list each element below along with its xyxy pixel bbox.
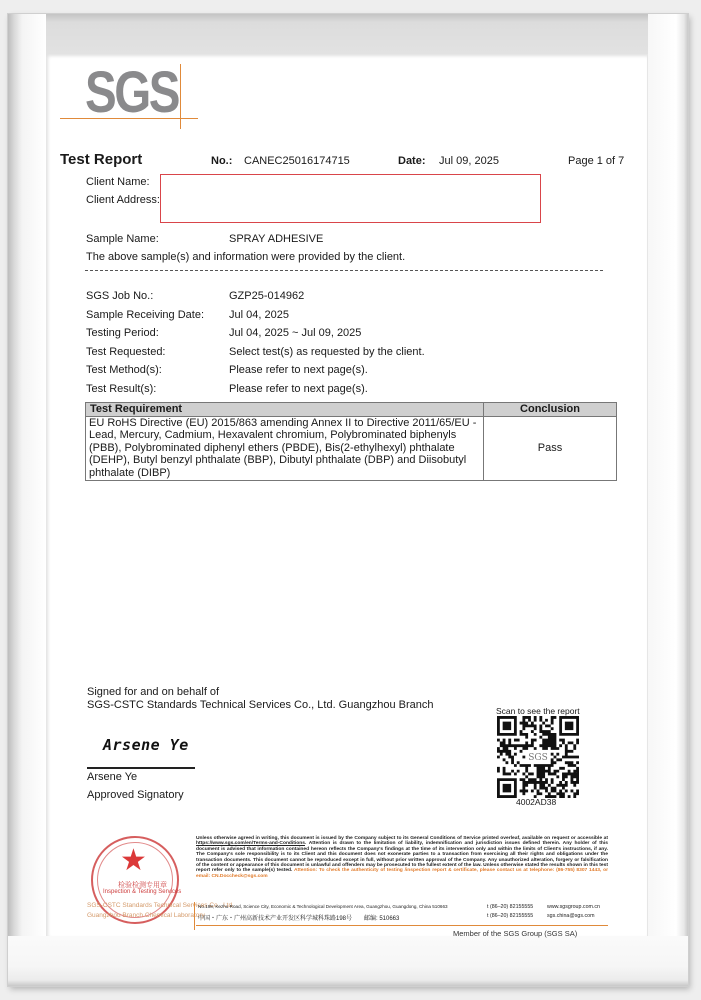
signature-line [87, 767, 195, 769]
signing-company: SGS-CSTC Standards Technical Services Co… [87, 699, 433, 711]
results-table: Test Requirement Conclusion EU RoHS Dire… [85, 402, 617, 481]
detail-label: Test Method(s): [86, 364, 162, 376]
page-indicator: Page 1 of 7 [568, 155, 624, 167]
sample-name-label: Sample Name: [86, 233, 159, 245]
requirement-cell: EU RoHS Directive (EU) 2015/863 amending… [86, 416, 484, 481]
frame-edge-left [8, 14, 46, 986]
phone-1: t (86–20) 82155555 [487, 904, 533, 910]
detail-label: Sample Receiving Date: [86, 309, 204, 321]
sample-note: The above sample(s) and information were… [86, 251, 405, 263]
detail-label: Testing Period: [86, 327, 159, 339]
qr-caption: Scan to see the report [496, 706, 580, 716]
svg-text:SGS: SGS [528, 753, 548, 763]
detail-value: Jul 04, 2025 ~ Jul 09, 2025 [229, 327, 361, 339]
handwritten-signature: Arsene Ye [103, 736, 189, 754]
signed-for-text: Signed for and on behalf of [87, 686, 219, 698]
table-row: EU RoHS Directive (EU) 2015/863 amending… [86, 416, 617, 481]
client-info-redaction-box [160, 174, 541, 223]
signatory-role: Approved Signatory [87, 789, 184, 801]
detail-value: Please refer to next page(s). [229, 364, 368, 376]
report-number: CANEC25016174715 [244, 155, 350, 167]
stamp-english-text: Inspection & Testing Services [103, 889, 181, 895]
email[interactable]: sgs.china@sgs.com [547, 913, 594, 919]
conclusion-cell: Pass [484, 416, 617, 481]
frame-edge-bottom [8, 936, 688, 986]
table-header-row: Test Requirement Conclusion [86, 403, 617, 417]
star-icon: ★ [120, 846, 147, 876]
client-address-label: Client Address: [86, 194, 160, 206]
footer-accent-horizontal [196, 925, 608, 926]
signatory-name: Arsene Ye [87, 771, 137, 783]
legal-disclaimer: Unless otherwise agreed in writing, this… [196, 836, 608, 879]
report-date-label: Date: [398, 155, 426, 167]
detail-label: Test Requested: [86, 346, 166, 358]
detail-value: Please refer to next page(s). [229, 383, 368, 395]
footer-accent-vertical [194, 902, 195, 930]
phone-2: t (86–20) 82155555 [487, 913, 533, 919]
frame-edge-top [8, 14, 688, 54]
address-chinese: 中国・广东・广州高新技术产业开发区科学城科珠路198号 [198, 913, 352, 922]
detail-value: Select test(s) as requested by the clien… [229, 346, 425, 358]
report-number-label: No.: [211, 155, 232, 167]
qr-verification-code: 4002AD38 [516, 797, 556, 807]
logo-accent-vertical [180, 64, 181, 129]
address-english: No.198, Kezhu Road, Science City, Econom… [198, 904, 448, 909]
section-divider [85, 270, 603, 271]
client-name-label: Client Name: [86, 176, 150, 188]
terms-link[interactable]: https://www.sgs.com/en/Terms-and-Conditi… [196, 841, 305, 846]
report-date: Jul 09, 2025 [439, 155, 499, 167]
sample-name-value: SPRAY ADHESIVE [229, 233, 323, 245]
qr-code-icon[interactable]: SGS [497, 716, 579, 798]
logo-accent-horizontal [60, 118, 198, 119]
sgs-logo: SGS [85, 64, 178, 122]
detail-value: Jul 04, 2025 [229, 309, 289, 321]
column-header-conclusion: Conclusion [484, 403, 617, 417]
detail-label: Test Result(s): [86, 383, 156, 395]
lab-name-line2: Guangzhou Branch Chemical Laboratory [87, 912, 205, 919]
frame-edge-right [648, 14, 688, 986]
column-header-requirement: Test Requirement [86, 403, 484, 417]
detail-value: GZP25-014962 [229, 290, 304, 302]
postcode-chinese: 邮编: 510663 [364, 913, 399, 922]
detail-label: SGS Job No.: [86, 290, 153, 302]
report-title: Test Report [60, 151, 142, 168]
website[interactable]: www.sgsgroup.com.cn [547, 904, 600, 910]
sgs-group-membership: Member of the SGS Group (SGS SA) [453, 929, 577, 938]
